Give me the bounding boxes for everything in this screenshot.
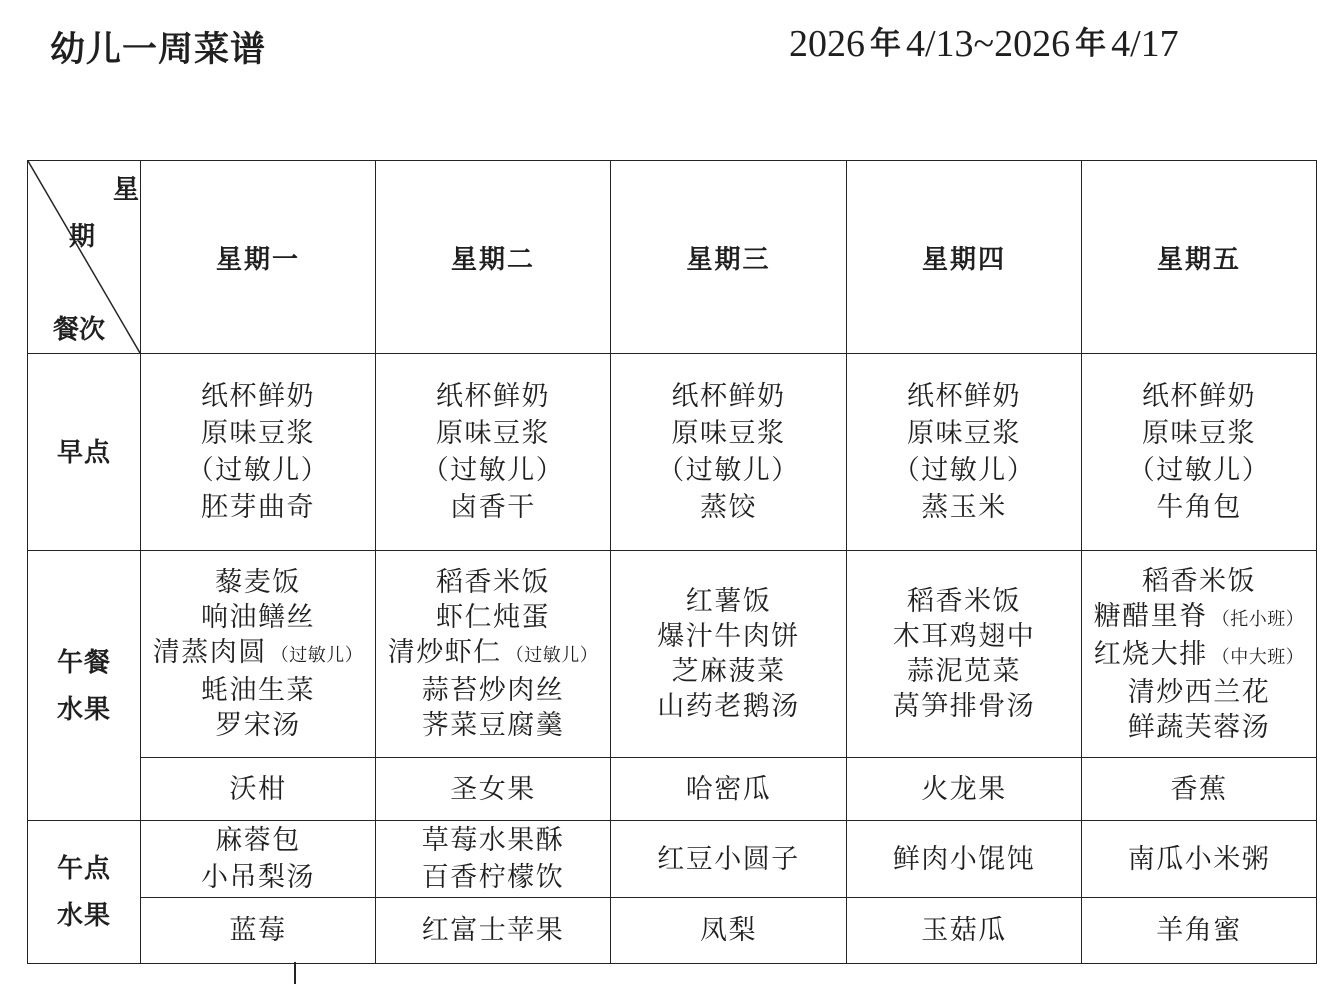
menu-item: 莴笋排骨汤	[847, 689, 1081, 724]
menu-item: 纸杯鲜奶	[611, 378, 846, 415]
menu-item: 蓝莓	[141, 912, 375, 949]
menu-item: 玉菇瓜	[847, 912, 1081, 949]
menu-item-note: （过敏儿）	[271, 645, 364, 665]
date-segment: 年	[870, 26, 901, 61]
row-label-line: 水果	[28, 892, 140, 939]
menu-item-text: （过敏儿）	[422, 455, 565, 485]
menu-item: 木耳鸡翅中	[847, 619, 1081, 654]
menu-item-text: 木耳鸡翅中	[893, 621, 1036, 651]
menu-item: 南瓜小米粥	[1082, 841, 1316, 878]
menu-item: 纸杯鲜奶	[847, 378, 1081, 415]
date-segment: 年	[1075, 26, 1106, 61]
menu-item-text: 罗宋汤	[215, 710, 301, 740]
menu-item: 原味豆浆	[141, 415, 375, 452]
menu-item-text: 羊角蜜	[1156, 915, 1242, 945]
table-row-lunch-dishes: 午餐水果藜麦饭响油鳝丝清蒸肉圆（过敏儿）蚝油生菜罗宋汤稻香米饭虾仁炖蛋清炒虾仁（…	[28, 551, 1317, 758]
menu-item: 羊角蜜	[1082, 912, 1316, 949]
menu-item-text: 纸杯鲜奶	[672, 381, 786, 411]
menu-item: 蒸饺	[611, 489, 846, 526]
menu-item-text: 卤香干	[450, 492, 536, 522]
menu-item-text: 响油鳝丝	[201, 602, 315, 632]
menu-table-body: 星期餐次 星期一 星期二 星期三 星期四 星期五 早点纸杯鲜奶原味豆浆（过敏儿）…	[28, 161, 1317, 964]
cell-lunch-fruit-day3: 哈密瓜	[611, 758, 847, 821]
menu-item-text: 虾仁炖蛋	[436, 602, 550, 632]
menu-item-text: 百香柠檬饮	[422, 862, 565, 892]
cell-afternoon-snack-day5: 南瓜小米粥	[1082, 821, 1317, 898]
menu-item: 芝麻菠菜	[611, 654, 846, 689]
menu-item-text: 山药老鹅汤	[657, 691, 800, 721]
menu-item: 原味豆浆	[611, 415, 846, 452]
menu-item: （过敏儿）	[1082, 452, 1316, 489]
menu-item: 虾仁炖蛋	[376, 600, 610, 635]
menu-item: 清炒西兰花	[1082, 675, 1316, 710]
menu-item-text: （过敏儿）	[657, 455, 800, 485]
menu-item-note: （托小班）	[1212, 609, 1305, 629]
menu-item: 蚝油生菜	[141, 673, 375, 708]
menu-item-text: （过敏儿）	[187, 455, 330, 485]
row-label-line: 午点	[28, 845, 140, 892]
cell-afternoon-fruit-day1: 蓝莓	[141, 898, 376, 964]
menu-item-text: 蒸玉米	[921, 492, 1007, 522]
row-label-line: 午餐	[28, 639, 140, 686]
menu-item-text: 小吊梨汤	[201, 862, 315, 892]
cell-afternoon-snack-day3: 红豆小圆子	[611, 821, 847, 898]
menu-item-text: 鲜蔬芙蓉汤	[1128, 712, 1271, 742]
menu-item-text: 原味豆浆	[907, 418, 1021, 448]
menu-item-text: 沃柑	[230, 774, 287, 804]
cell-breakfast-items-day5: 纸杯鲜奶原味豆浆（过敏儿）牛角包	[1082, 354, 1317, 551]
menu-item-text: 火龙果	[921, 774, 1007, 804]
day-header-tuesday: 星期二	[376, 161, 611, 354]
menu-item: 爆汁牛肉饼	[611, 619, 846, 654]
weekly-menu-table: 星期餐次 星期一 星期二 星期三 星期四 星期五 早点纸杯鲜奶原味豆浆（过敏儿）…	[27, 160, 1317, 964]
menu-item: 火龙果	[847, 771, 1081, 808]
menu-item-text: 红豆小圆子	[657, 844, 800, 874]
menu-item-text: 蒸饺	[700, 492, 757, 522]
menu-item: （过敏儿）	[847, 452, 1081, 489]
table-row-afternoon-fruit: 蓝莓红富士苹果凤梨玉菇瓜羊角蜜	[28, 898, 1317, 964]
menu-item: （过敏儿）	[611, 452, 846, 489]
menu-item-text: 玉菇瓜	[921, 915, 1007, 945]
cell-lunch-fruit-day5: 香蕉	[1082, 758, 1317, 821]
menu-item: 原味豆浆	[1082, 415, 1316, 452]
menu-item: 鲜肉小馄饨	[847, 841, 1081, 878]
menu-item-text: 香蕉	[1171, 774, 1228, 804]
menu-item-note: （过敏儿）	[506, 645, 599, 665]
page-cutoff-line	[294, 962, 296, 984]
menu-item: 原味豆浆	[376, 415, 610, 452]
menu-item-text: 爆汁牛肉饼	[657, 621, 800, 651]
row-label-line: 水果	[28, 686, 140, 733]
cell-lunch-dishes-day1: 藜麦饭响油鳝丝清蒸肉圆（过敏儿）蚝油生菜罗宋汤	[141, 551, 376, 758]
menu-item-text: 纸杯鲜奶	[436, 381, 550, 411]
menu-item: 纸杯鲜奶	[141, 378, 375, 415]
menu-item-text: 蚝油生菜	[201, 675, 315, 705]
menu-item: 清炒虾仁（过敏儿）	[376, 635, 610, 673]
menu-item: 清蒸肉圆（过敏儿）	[141, 635, 375, 673]
menu-item-text: 胚芽曲奇	[201, 492, 315, 522]
header-row: 星期餐次 星期一 星期二 星期三 星期四 星期五	[28, 161, 1317, 354]
corner-row-axis-label: 餐次	[53, 317, 105, 343]
day-header-monday: 星期一	[141, 161, 376, 354]
menu-item-text: 草莓水果酥	[422, 825, 565, 855]
menu-item: 响油鳝丝	[141, 600, 375, 635]
menu-item-text: 牛角包	[1156, 492, 1242, 522]
menu-item-text: 蓝莓	[230, 915, 287, 945]
cell-afternoon-snack-day2: 草莓水果酥百香柠檬饮	[376, 821, 611, 898]
menu-item-text: 哈密瓜	[686, 774, 772, 804]
menu-item: 圣女果	[376, 771, 610, 808]
cell-afternoon-fruit-day3: 凤梨	[611, 898, 847, 964]
cell-lunch-dishes-day2: 稻香米饭虾仁炖蛋清炒虾仁（过敏儿）蒜苔炒肉丝荠菜豆腐羹	[376, 551, 611, 758]
menu-item: 凤梨	[611, 912, 846, 949]
menu-item: 稻香米饭	[376, 565, 610, 600]
menu-item-text: 荠菜豆腐羹	[422, 710, 565, 740]
menu-item: 纸杯鲜奶	[376, 378, 610, 415]
menu-item: 麻蓉包	[141, 822, 375, 859]
menu-item-text: 清炒虾仁	[388, 637, 502, 667]
menu-item-text: 纸杯鲜奶	[907, 381, 1021, 411]
table-row-lunch-fruit: 沃柑圣女果哈密瓜火龙果香蕉	[28, 758, 1317, 821]
row-label-afternoon: 午点水果	[28, 821, 141, 964]
menu-item-note: （中大班）	[1212, 647, 1305, 667]
row-label-breakfast: 早点	[28, 354, 141, 551]
menu-item-text: 稻香米饭	[436, 567, 550, 597]
menu-item: 罗宋汤	[141, 708, 375, 743]
cell-afternoon-snack-day1: 麻蓉包小吊梨汤	[141, 821, 376, 898]
day-header-wednesday: 星期三	[611, 161, 847, 354]
date-segment: 2026	[789, 23, 865, 65]
menu-item: 牛角包	[1082, 489, 1316, 526]
menu-item: 藜麦饭	[141, 565, 375, 600]
menu-item-text: 凤梨	[700, 915, 757, 945]
page-title: 幼儿一周菜谱	[50, 22, 266, 72]
menu-item-text: 原味豆浆	[436, 418, 550, 448]
cell-breakfast-items-day2: 纸杯鲜奶原味豆浆（过敏儿）卤香干	[376, 354, 611, 551]
menu-item: 原味豆浆	[847, 415, 1081, 452]
cell-afternoon-fruit-day5: 羊角蜜	[1082, 898, 1317, 964]
menu-item: 红烧大排（中大班）	[1082, 637, 1316, 675]
table-row-breakfast-items: 早点纸杯鲜奶原味豆浆（过敏儿）胚芽曲奇纸杯鲜奶原味豆浆（过敏儿）卤香干纸杯鲜奶原…	[28, 354, 1317, 551]
corner-column-axis-char: 星	[113, 177, 139, 203]
menu-item: 山药老鹅汤	[611, 689, 846, 724]
menu-item-text: （过敏儿）	[893, 455, 1036, 485]
cell-breakfast-items-day3: 纸杯鲜奶原味豆浆（过敏儿）蒸饺	[611, 354, 847, 551]
day-header-thursday: 星期四	[847, 161, 1082, 354]
menu-item: 纸杯鲜奶	[1082, 378, 1316, 415]
menu-item-text: 纸杯鲜奶	[201, 381, 315, 411]
menu-item: 红薯饭	[611, 584, 846, 619]
menu-item: 香蕉	[1082, 771, 1316, 808]
menu-item: 沃柑	[141, 771, 375, 808]
menu-item: 稻香米饭	[847, 584, 1081, 619]
menu-item-text: 藜麦饭	[215, 567, 301, 597]
menu-item-text: 莴笋排骨汤	[893, 691, 1036, 721]
menu-item-text: 清炒西兰花	[1128, 677, 1271, 707]
menu-item: 卤香干	[376, 489, 610, 526]
menu-item-text: （过敏儿）	[1128, 455, 1271, 485]
menu-item: 红富士苹果	[376, 912, 610, 949]
menu-item-text: 红烧大排	[1094, 639, 1208, 669]
date-segment: 4/17	[1111, 23, 1179, 65]
menu-item-text: 圣女果	[450, 774, 536, 804]
cell-breakfast-items-day1: 纸杯鲜奶原味豆浆（过敏儿）胚芽曲奇	[141, 354, 376, 551]
menu-item: 稻香米饭	[1082, 564, 1316, 599]
cell-lunch-fruit-day2: 圣女果	[376, 758, 611, 821]
menu-item: 小吊梨汤	[141, 859, 375, 896]
menu-item-text: 红薯饭	[686, 586, 772, 616]
menu-item: 鲜蔬芙蓉汤	[1082, 710, 1316, 745]
menu-item-text: 稻香米饭	[1142, 566, 1256, 596]
menu-item-text: 原味豆浆	[1142, 418, 1256, 448]
menu-item-text: 原味豆浆	[201, 418, 315, 448]
day-header-friday: 星期五	[1082, 161, 1317, 354]
menu-item: 哈密瓜	[611, 771, 846, 808]
cell-lunch-dishes-day3: 红薯饭爆汁牛肉饼芝麻菠菜山药老鹅汤	[611, 551, 847, 758]
menu-item: 蒸玉米	[847, 489, 1081, 526]
cell-lunch-fruit-day1: 沃柑	[141, 758, 376, 821]
menu-item-text: 南瓜小米粥	[1128, 844, 1271, 874]
menu-item: 百香柠檬饮	[376, 859, 610, 896]
menu-item-text: 稻香米饭	[907, 586, 1021, 616]
corner-cell: 星期餐次	[28, 161, 141, 354]
menu-item: （过敏儿）	[376, 452, 610, 489]
menu-item: 荠菜豆腐羹	[376, 708, 610, 743]
cell-afternoon-snack-day4: 鲜肉小馄饨	[847, 821, 1082, 898]
cell-afternoon-fruit-day4: 玉菇瓜	[847, 898, 1082, 964]
cell-lunch-dishes-day4: 稻香米饭木耳鸡翅中蒜泥苋菜莴笋排骨汤	[847, 551, 1082, 758]
menu-item: 草莓水果酥	[376, 822, 610, 859]
corner-column-axis-char: 期	[69, 224, 95, 250]
menu-item-text: 芝麻菠菜	[672, 656, 786, 686]
row-label-lunch: 午餐水果	[28, 551, 141, 821]
date-range: 2026年4/13~2026年4/17	[789, 20, 1179, 66]
row-label-line: 早点	[28, 429, 140, 476]
menu-item-text: 麻蓉包	[215, 825, 301, 855]
cell-afternoon-fruit-day2: 红富士苹果	[376, 898, 611, 964]
cell-breakfast-items-day4: 纸杯鲜奶原味豆浆（过敏儿）蒸玉米	[847, 354, 1082, 551]
menu-item: 糖醋里脊（托小班）	[1082, 599, 1316, 637]
menu-item-text: 鲜肉小馄饨	[893, 844, 1036, 874]
menu-item-text: 蒜泥苋菜	[907, 656, 1021, 686]
date-segment: 4/13~2026	[906, 23, 1070, 65]
menu-item: 红豆小圆子	[611, 841, 846, 878]
menu-item-text: 原味豆浆	[672, 418, 786, 448]
menu-item: 蒜苔炒肉丝	[376, 673, 610, 708]
cell-lunch-fruit-day4: 火龙果	[847, 758, 1082, 821]
table-row-afternoon-snack: 午点水果麻蓉包小吊梨汤草莓水果酥百香柠檬饮红豆小圆子鲜肉小馄饨南瓜小米粥	[28, 821, 1317, 898]
menu-item: 蒜泥苋菜	[847, 654, 1081, 689]
menu-item-text: 蒜苔炒肉丝	[422, 675, 565, 705]
cell-lunch-dishes-day5: 稻香米饭糖醋里脊（托小班）红烧大排（中大班）清炒西兰花鲜蔬芙蓉汤	[1082, 551, 1317, 758]
menu-item-text: 清蒸肉圆	[153, 637, 267, 667]
menu-item-text: 纸杯鲜奶	[1142, 381, 1256, 411]
menu-item-text: 红富士苹果	[422, 915, 565, 945]
menu-item: （过敏儿）	[141, 452, 375, 489]
menu-item: 胚芽曲奇	[141, 489, 375, 526]
menu-item-text: 糖醋里脊	[1094, 601, 1208, 631]
